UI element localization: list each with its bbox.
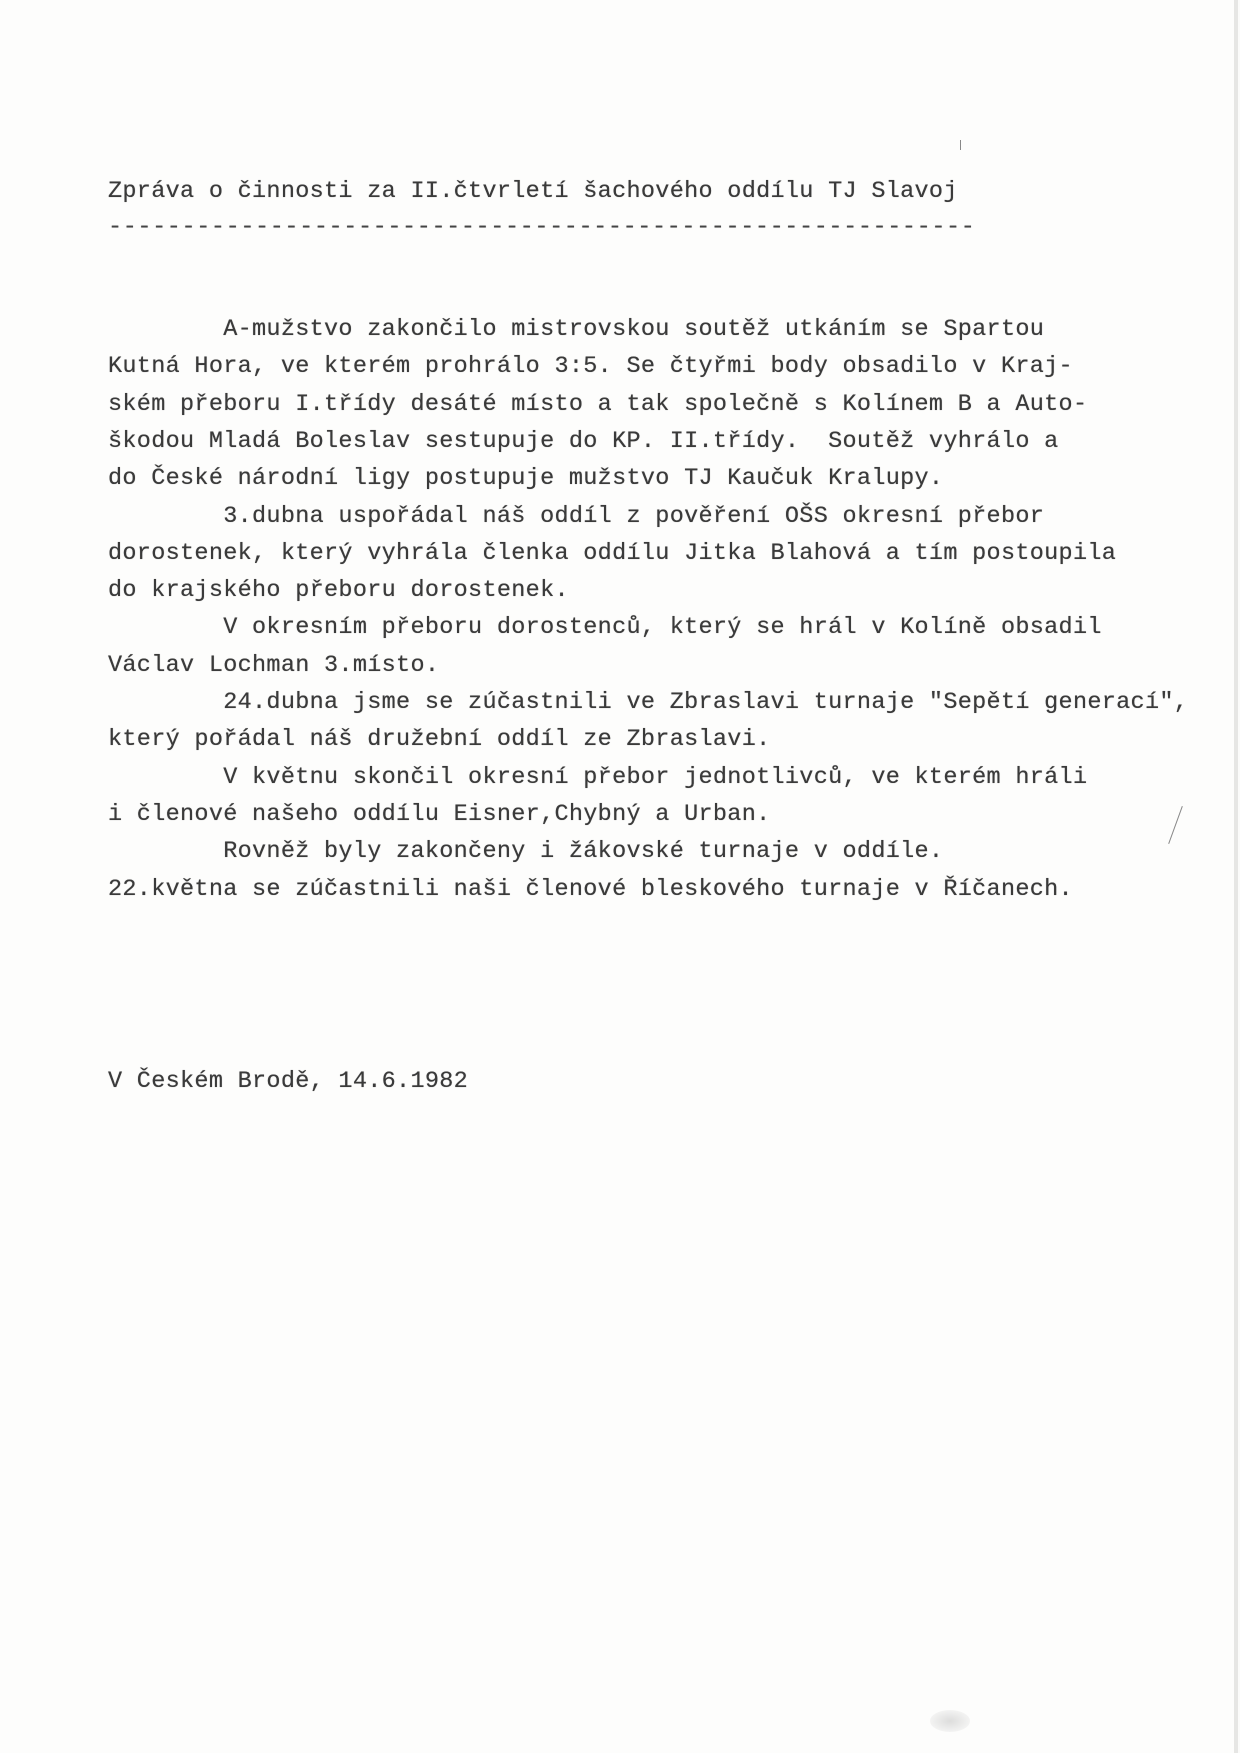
body-line: do České národní ligy postupuje mužstvo … (108, 465, 943, 492)
ink-smudge (930, 1710, 970, 1732)
body-line: 24.dubna jsme se zúčastnili ve Zbraslavi… (108, 689, 1188, 716)
body-line: V květnu skončil okresní přebor jednotli… (108, 764, 1087, 791)
body-line: ském přeboru I.třídy desáté místo a tak … (108, 391, 1087, 418)
pencil-tick (960, 140, 961, 150)
body-line: dorostenek, který vyhrála členka oddílu … (108, 540, 1116, 567)
body-line: 3.dubna uspořádal náš oddíl z pověření O… (108, 503, 1044, 530)
body-line: do krajského přeboru dorostenek. (108, 577, 569, 604)
body-line: A-mužstvo zakončilo mistrovskou soutěž u… (108, 316, 1044, 343)
typewritten-page: Zpráva o činnosti za II.čtvrletí šachové… (0, 0, 1238, 1753)
body-line: který pořádal náš družební oddíl ze Zbra… (108, 726, 771, 753)
pencil-mark (1168, 806, 1183, 844)
body-line: Kutná Hora, ve kterém prohrálo 3:5. Se č… (108, 353, 1073, 380)
body-line: Rovněž byly zakončeny i žákovské turnaje… (108, 838, 943, 865)
body-line: V okresním přeboru dorostenců, který se … (108, 614, 1102, 641)
title-underline: ----------------------------------------… (108, 214, 975, 241)
place-and-date: V Českém Brodě, 14.6.1982 (108, 1068, 468, 1095)
body-line: i členové našeho oddílu Eisner,Chybný a … (108, 801, 771, 828)
document-title: Zpráva o činnosti za II.čtvrletí šachové… (108, 178, 958, 205)
body-line: Václav Lochman 3.místo. (108, 652, 439, 679)
body-line: 22.května se zúčastnili naši členové ble… (108, 876, 1073, 903)
body-line: škodou Mladá Boleslav sestupuje do KP. I… (108, 428, 1059, 455)
